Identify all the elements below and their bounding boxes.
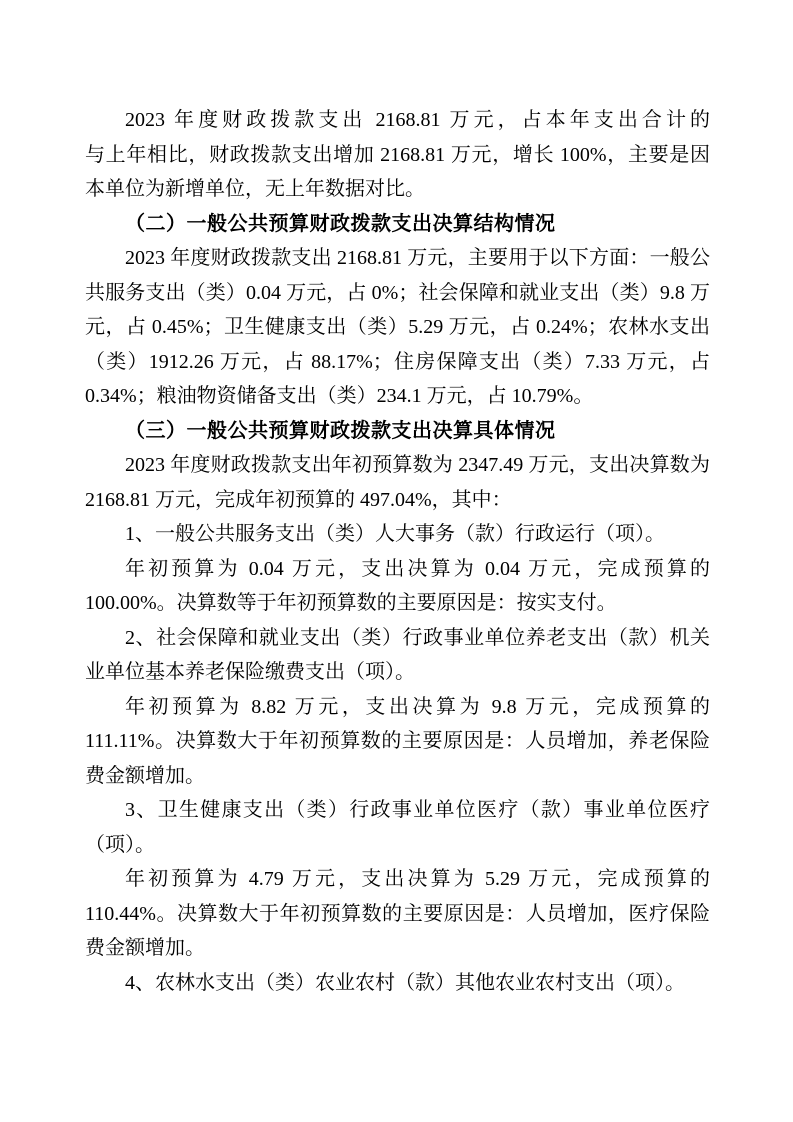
para-item-1-title: 1、一般公共服务支出（类）人大事务（款）行政运行（项）。 [85, 517, 710, 552]
paragraph-line: 2023 年度财政拨款支出年初预算数为 2347.49 万元，支出决算数为 [85, 448, 710, 483]
para-item-3-detail: 年初预算为 4.79 万元，支出决算为 5.29 万元，完成预算的110.44%… [85, 862, 710, 966]
para-item-3-title: 3、卫生健康支出（类）行政事业单位医疗（款）事业单位医疗（项）。 [85, 793, 710, 862]
document-page: 2023 年度财政拨款支出 2168.81 万元，占本年支出合计的 18.59%… [0, 0, 793, 1122]
paragraph-line: 3、卫生健康支出（类）行政事业单位医疗（款）事业单位医疗 [85, 793, 710, 828]
paragraph-line: 4、农林水支出（类）农业农村（款）其他农业农村支出（项）。 [85, 966, 710, 1001]
para-item-4-title: 4、农林水支出（类）农业农村（款）其他农业农村支出（项）。 [85, 966, 710, 1001]
paragraph-line: 与上年相比，财政拨款支出增加 2168.81 万元，增长 100%，主要是因为 [85, 138, 710, 173]
paragraph-line: （项）。 [85, 828, 710, 863]
para-item-2-title: 2、社会保障和就业支出（类）行政事业单位养老支出（款）机关事业单位基本养老保险缴… [85, 621, 710, 690]
para-budget-vs-final: 2023 年度财政拨款支出年初预算数为 2347.49 万元，支出决算数为216… [85, 448, 710, 517]
paragraph-line: 1、一般公共服务支出（类）人大事务（款）行政运行（项）。 [85, 517, 710, 552]
heading-line: （三）一般公共预算财政拨款支出决算具体情况 [85, 414, 710, 449]
paragraph-line: 2023 年度财政拨款支出 2168.81 万元，占本年支出合计的 18.59%… [85, 103, 710, 138]
paragraph-line: 业单位基本养老保险缴费支出（项）。 [85, 655, 710, 690]
paragraph-line: 元，占 0.45%；卫生健康支出（类）5.29 万元，占 0.24%；农林水支出 [85, 310, 710, 345]
paragraph-line: 年初预算为 4.79 万元，支出决算为 5.29 万元，完成预算的 [85, 862, 710, 897]
paragraph-line: 2168.81 万元，完成年初预算的 497.04%，其中： [85, 483, 710, 518]
document-body: 2023 年度财政拨款支出 2168.81 万元，占本年支出合计的 18.59%… [85, 103, 710, 1000]
heading-section-ii-expenditure-structure: （二）一般公共预算财政拨款支出决算结构情况 [85, 207, 710, 242]
paragraph-line: 本单位为新增单位，无上年数据对比。 [85, 172, 710, 207]
paragraph-line: 2、社会保障和就业支出（类）行政事业单位养老支出（款）机关事 [85, 621, 710, 656]
paragraph-line: 111.11%。决算数大于年初预算数的主要原因是：人员增加，养老保险缴 [85, 724, 710, 759]
paragraph-line: 费金额增加。 [85, 759, 710, 794]
paragraph-line: 共服务支出（类）0.04 万元，占 0%；社会保障和就业支出（类）9.8 万 [85, 276, 710, 311]
paragraph-line: 0.34%；粮油物资储备支出（类）234.1 万元，占 10.79%。 [85, 379, 710, 414]
para-expenditure-structure-detail: 2023 年度财政拨款支出 2168.81 万元，主要用于以下方面：一般公共服务… [85, 241, 710, 414]
paragraph-line: （类）1912.26 万元，占 88.17%；住房保障支出（类）7.33 万元，… [85, 345, 710, 380]
paragraph-line: 年初预算为 0.04 万元，支出决算为 0.04 万元，完成预算的 [85, 552, 710, 587]
heading-section-iii-expenditure-specifics: （三）一般公共预算财政拨款支出决算具体情况 [85, 414, 710, 449]
para-item-1-detail: 年初预算为 0.04 万元，支出决算为 0.04 万元，完成预算的100.00%… [85, 552, 710, 621]
paragraph-line: 年初预算为 8.82 万元，支出决算为 9.8 万元，完成预算的 [85, 690, 710, 725]
paragraph-line: 2023 年度财政拨款支出 2168.81 万元，主要用于以下方面：一般公 [85, 241, 710, 276]
para-item-2-detail: 年初预算为 8.82 万元，支出决算为 9.8 万元，完成预算的111.11%。… [85, 690, 710, 794]
paragraph-line: 110.44%。决算数大于年初预算数的主要原因是：人员增加，医疗保险缴 [85, 897, 710, 932]
heading-line: （二）一般公共预算财政拨款支出决算结构情况 [85, 207, 710, 242]
para-expenditure-overview: 2023 年度财政拨款支出 2168.81 万元，占本年支出合计的 18.59%… [85, 103, 710, 207]
paragraph-line: 100.00%。决算数等于年初预算数的主要原因是：按实支付。 [85, 586, 710, 621]
paragraph-line: 费金额增加。 [85, 931, 710, 966]
